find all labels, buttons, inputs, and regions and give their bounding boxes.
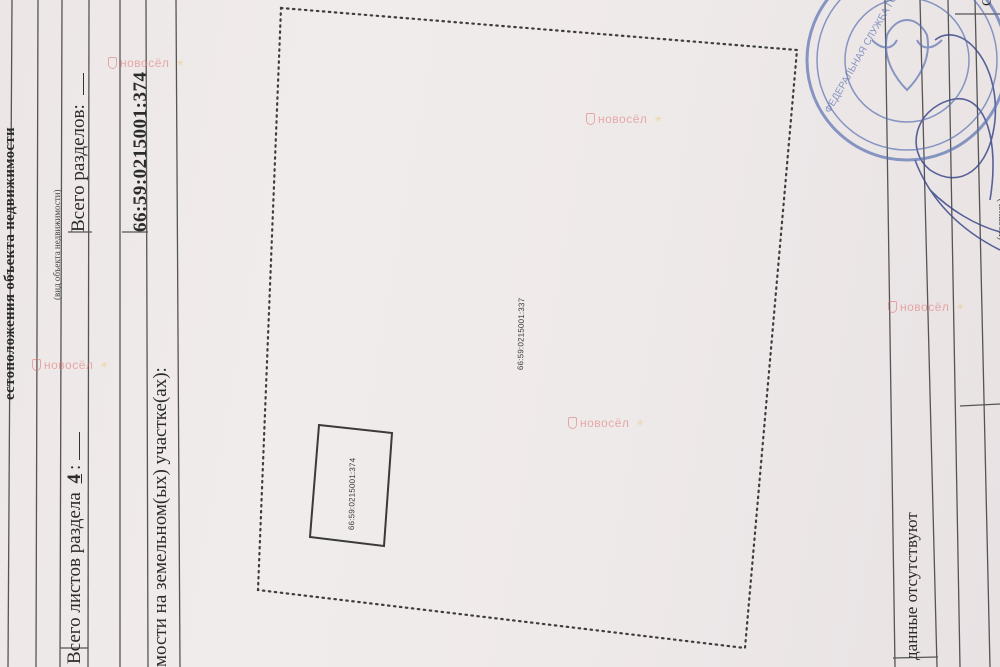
watermark: новосёл ✳	[586, 112, 662, 126]
section-number: 4	[64, 470, 85, 488]
watermark-logo-icon	[586, 113, 595, 125]
watermark: новосёл ✳	[32, 358, 108, 372]
watermark-star-icon: ✳	[100, 360, 108, 371]
watermark-star-icon: ✳	[956, 302, 964, 313]
parcel-cadastral-label: 66:59:0215001:337	[516, 298, 526, 371]
watermark-logo-icon	[568, 417, 577, 429]
section-title: естоположения объекта недвижимости	[2, 127, 19, 400]
no-data-text: данные отсутствуют	[902, 512, 922, 660]
on-plot-label: мости на земельном(ых) участке(ах):	[150, 367, 172, 667]
cadastral-number: 66:59:0215001:374	[130, 72, 152, 232]
scanned-document-page: ФЕДЕРАЛЬНАЯ СЛУЖБА ГОСУДАРСТВЕННОЙ РЕГИС…	[0, 0, 1000, 667]
sections-label: Всего разделов:	[68, 104, 89, 232]
official-stamp: ФЕДЕРАЛЬНАЯ СЛУЖБА ГОСУДАРСТВЕННОЙ РЕГИС…	[792, 0, 1000, 180]
watermark: новосёл ✳	[568, 416, 644, 430]
watermark-star-icon: ✳	[176, 58, 184, 69]
sheets-colon: :	[64, 465, 85, 470]
watermark: новосёл ✳	[888, 300, 964, 314]
signature-caption: (подпись)	[996, 198, 1000, 240]
watermark: новосёл ✳	[108, 56, 184, 70]
corner-mark: С	[980, 0, 996, 6]
sheets-blank	[79, 432, 80, 460]
sections-blank	[83, 73, 84, 95]
sheets-label: Всего листов раздела	[64, 492, 85, 664]
sections-count-field: Всего разделов:	[68, 73, 90, 232]
watermark-logo-icon	[108, 57, 117, 69]
object-type-caption: (вид объекта недвижимости)	[52, 190, 62, 300]
building-cadastral-label: 66:59:0215001:374	[347, 458, 357, 531]
stamp-text: ФЕДЕРАЛЬНАЯ СЛУЖБА ГОСУДАРСТВЕННОЙ РЕГИС…	[821, 0, 1000, 115]
parcel-boundary	[258, 8, 797, 648]
watermark-logo-icon	[32, 359, 41, 371]
sheets-count-field: Всего листов раздела 4:	[64, 432, 86, 664]
watermark-star-icon: ✳	[654, 114, 662, 125]
watermark-logo-icon	[888, 301, 897, 313]
watermark-star-icon: ✳	[636, 418, 644, 429]
